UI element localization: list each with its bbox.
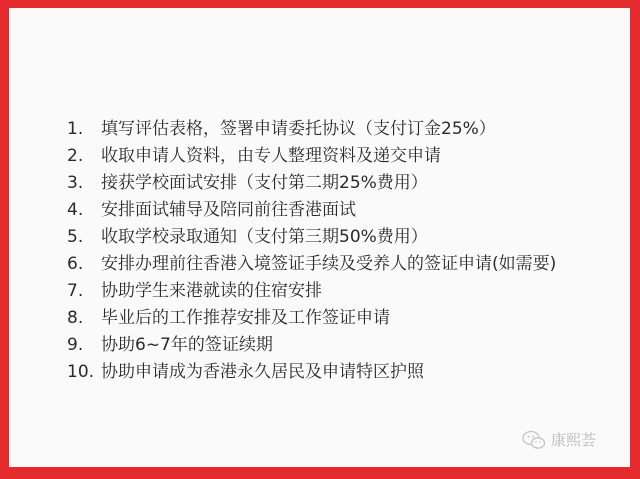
step-text: 收取学校录取通知（支付第三期50%费用）: [101, 227, 428, 247]
list-item: 7.协助学生来港就读的住宿安排: [67, 278, 556, 305]
service-steps-list: 1.填写评估表格，签署申请委托协议（支付订金25%） 2.收取申请人资料，由专人…: [67, 116, 556, 386]
list-item: 3.接获学校面试安排（支付第二期25%费用）: [67, 170, 556, 197]
step-number: 1.: [67, 116, 101, 143]
list-item: 5.收取学校录取通知（支付第三期50%费用）: [67, 224, 556, 251]
step-number: 4.: [67, 197, 101, 224]
list-item: 4.安排面试辅导及陪同前往香港面试: [67, 197, 556, 224]
wechat-icon: [522, 430, 546, 450]
step-text: 毕业后的工作推荐安排及工作签证申请: [101, 308, 390, 328]
step-number: 5.: [67, 224, 101, 251]
list-item: 1.填写评估表格，签署申请委托协议（支付订金25%）: [67, 116, 556, 143]
step-number: 8.: [67, 305, 101, 332]
step-number: 3.: [67, 170, 101, 197]
step-text: 收取申请人资料，由专人整理资料及递交申请: [101, 146, 441, 166]
step-number: 10.: [67, 359, 101, 386]
step-text: 填写评估表格，签署申请委托协议（支付订金25%）: [101, 119, 496, 139]
step-text: 协助申请成为香港永久居民及申请特区护照: [101, 362, 424, 382]
list-item: 2.收取申请人资料，由专人整理资料及递交申请: [67, 143, 556, 170]
step-text: 安排办理前往香港入境签证手续及受养人的签证申请(如需要): [101, 254, 556, 274]
step-text: 协助6~7年的签证续期: [101, 335, 273, 355]
step-number: 9.: [67, 332, 101, 359]
list-item: 10.协助申请成为香港永久居民及申请特区护照: [67, 359, 556, 386]
watermark: 康熙荟: [522, 429, 596, 450]
list-item: 6.安排办理前往香港入境签证手续及受养人的签证申请(如需要): [67, 251, 556, 278]
list-item: 8.毕业后的工作推荐安排及工作签证申请: [67, 305, 556, 332]
watermark-label: 康熙荟: [551, 429, 596, 450]
step-number: 6.: [67, 251, 101, 278]
list-item: 9.协助6~7年的签证续期: [67, 332, 556, 359]
step-number: 2.: [67, 143, 101, 170]
step-number: 7.: [67, 278, 101, 305]
step-text: 协助学生来港就读的住宿安排: [101, 281, 322, 301]
step-text: 接获学校面试安排（支付第二期25%费用）: [101, 173, 428, 193]
step-text: 安排面试辅导及陪同前往香港面试: [101, 200, 356, 220]
